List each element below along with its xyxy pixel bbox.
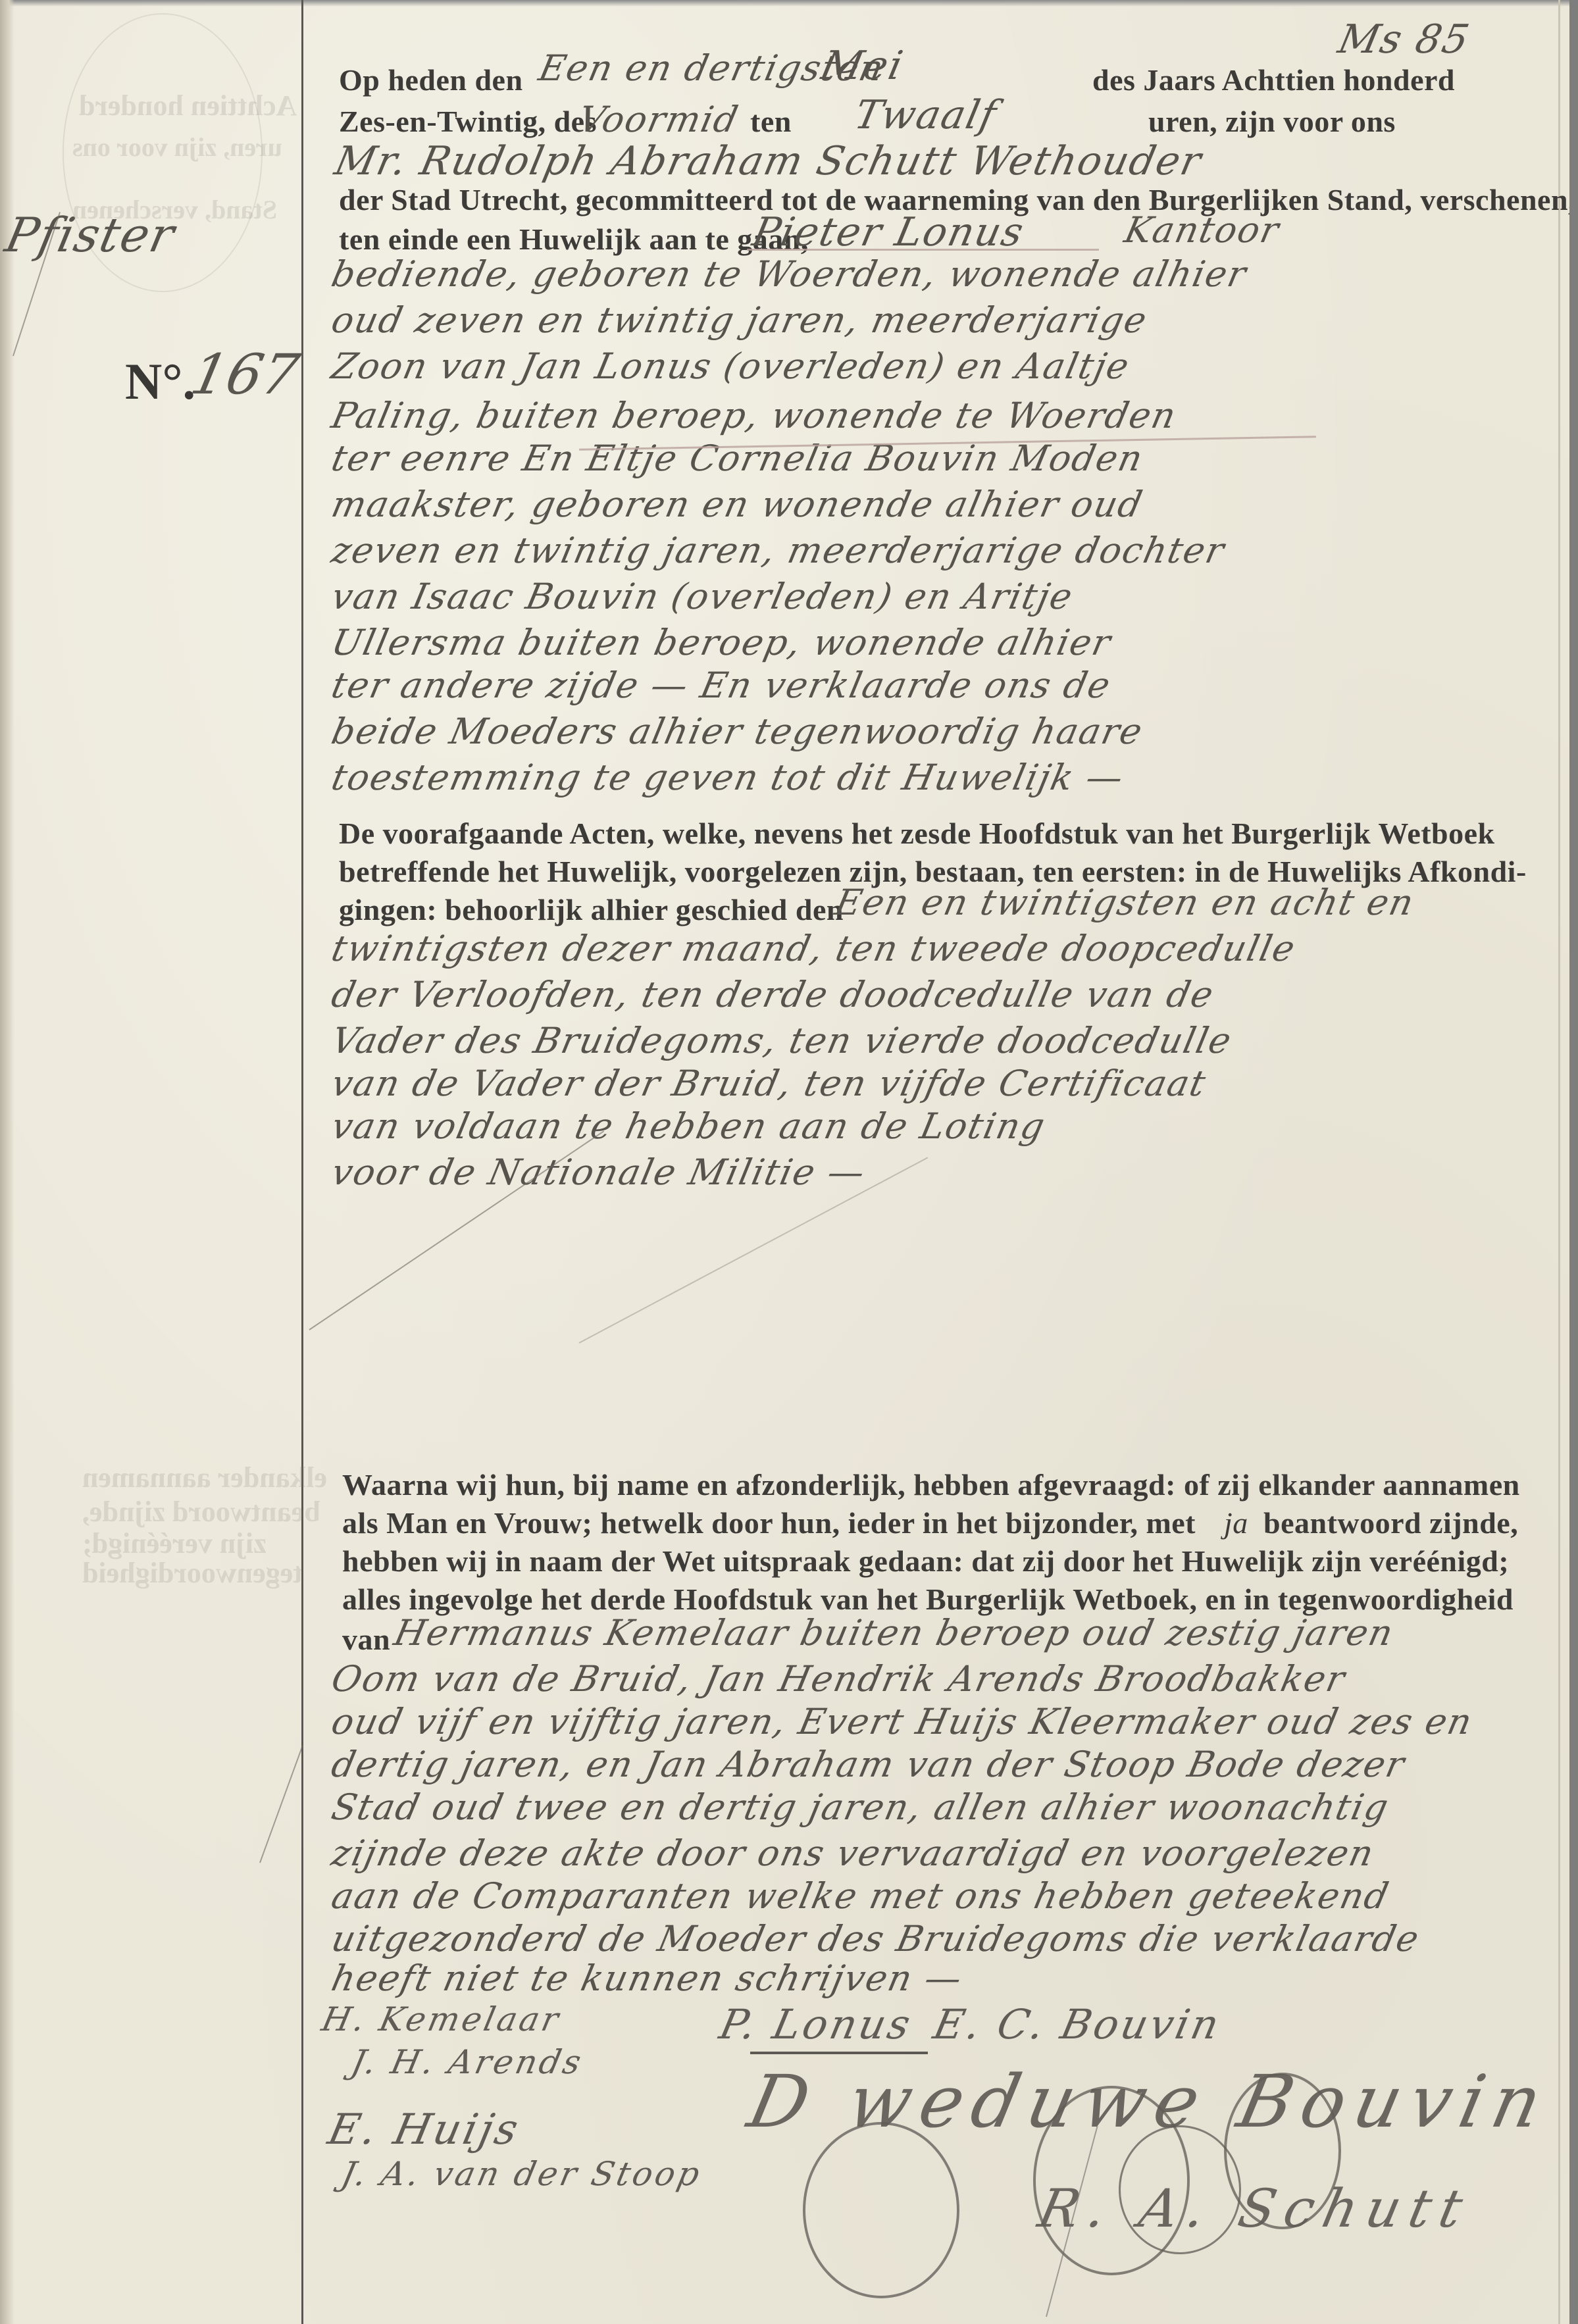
handwritten-line: Ullersma buiten beroep, wonende alhier <box>328 622 1115 663</box>
printed-text: Waarna wij hun, bij name en afzonderlijk… <box>342 1467 1520 1502</box>
page-edge <box>1558 0 1560 2324</box>
bleed-through-text: elkander aannamen <box>82 1461 327 1494</box>
signature-groom: P. Lonus <box>715 2000 917 2048</box>
handwritten-daypart: Voormid <box>574 99 742 140</box>
bleed-through-text: tegenwoordigheid <box>82 1556 303 1590</box>
handwritten-line: oud vijf en vijftig jaren, Evert Huijs K… <box>328 1701 1477 1742</box>
document-page: Achttien honderd uren, zijn voor ons Sta… <box>0 0 1569 2324</box>
handwritten-official: Mr. Rudolph Abraham Schutt Wethouder <box>331 138 1206 184</box>
handwritten-line: toestemming te geven tot dit Huwelijk — <box>328 757 1128 798</box>
groom-name-underline <box>747 249 1099 251</box>
margin-annotation: Pfister <box>1 207 180 263</box>
handwritten-line: Vader des Bruidegoms, ten vierde doodced… <box>328 1020 1236 1061</box>
signature-groom-underline <box>750 2052 928 2054</box>
handwritten-line: ter eenre En Eltje Cornelia Bouvin Moden <box>328 438 1147 479</box>
printed-text: Op heden den <box>339 63 523 97</box>
handwritten-line: voor de Nationale Militie — <box>328 1151 869 1193</box>
printed-text: beantwoord zijnde, <box>1263 1505 1518 1540</box>
scan-top-shadow <box>0 0 1569 7</box>
printed-text: ten <box>750 104 792 139</box>
handwritten-line: ter andere zijde — En verklaarde ons de <box>328 665 1115 706</box>
margin-stroke <box>259 1745 303 1863</box>
handwritten-line: bediende, geboren te Woerden, wonende al… <box>328 253 1250 295</box>
handwritten-line: van voldaan te hebben aan de Loting <box>328 1105 1050 1147</box>
record-number-label: N°. <box>125 352 195 411</box>
handwritten-line: twintigsten dezer maand, ten tweede doop… <box>328 928 1300 969</box>
handwritten-line: heeft niet te kunnen schrijven — <box>328 1958 967 1999</box>
printed-text: Zes-en-Twintig, des <box>339 104 597 139</box>
printed-text: van <box>342 1622 390 1657</box>
book-gutter <box>0 0 14 2324</box>
bleed-through-text: beantwoord zijnde, <box>82 1495 320 1528</box>
printed-text: hebben wij in naam der Wet uitspraak ged… <box>342 1544 1509 1579</box>
signature-bride: E. C. Bouvin <box>929 2000 1225 2048</box>
handwritten-text: Kantoor <box>1121 209 1283 251</box>
handwritten-line: Oom van de Bruid, Jan Hendrik Arends Bro… <box>328 1658 1350 1700</box>
handwritten-line: maakster, geboren en wonende alhier oud <box>328 484 1147 525</box>
handwritten-line: dertig jaren, en Jan Abraham van der Sto… <box>328 1744 1409 1785</box>
signature-flourish <box>803 2122 959 2298</box>
handwritten-line: oud zeven en twintig jaren, meerderjarig… <box>328 299 1151 341</box>
handwritten-line: zijnde deze akte door ons vervaardigd en… <box>328 1832 1378 1874</box>
handwritten-line: beide Moeders alhier tegenwoordig haare <box>328 711 1147 752</box>
handwritten-line: uitgezonderd de Moeder des Bruidegoms di… <box>328 1918 1423 1959</box>
handwritten-hour: Twaalf <box>851 92 1002 138</box>
signature-flourish <box>1119 2125 1241 2254</box>
bleed-through-text: Achttien honderd <box>79 89 297 122</box>
handwritten-line: Hermanus Kemelaar buiten beroep oud zest… <box>390 1612 1398 1654</box>
handwritten-line: zeven en twintig jaren, meerderjarige do… <box>328 530 1229 571</box>
handwritten-line: der Verloofden, ten derde doodcedulle va… <box>328 974 1218 1015</box>
printed-text: uren, zijn voor ons <box>1148 104 1396 139</box>
signature-witness-1: H. Kemelaar <box>318 2000 565 2038</box>
signature-witness-4: J. A. van der Stoop <box>338 2155 705 2193</box>
signature-witness-2: J. H. Arends <box>348 2043 587 2081</box>
printed-text: als Man en Vrouw; hetwelk door hun, iede… <box>342 1505 1196 1540</box>
printed-text: des Jaars Achttien honderd <box>1092 63 1455 97</box>
record-number-value: 167 <box>186 342 305 407</box>
printed-italic-ja: ja <box>1224 1505 1248 1540</box>
handwritten-line: Zoon van Jan Lonus (overleden) en Aaltje <box>328 345 1134 387</box>
printed-text: De voorafgaande Acten, welke, nevens het… <box>339 816 1495 851</box>
handwritten-line: Stad oud twee en dertig jaren, allen alh… <box>328 1786 1393 1828</box>
printed-text: ten einde een Huwelijk aan te gaan, <box>339 222 809 257</box>
bleed-through-text: zijn veréénigd; <box>82 1527 267 1560</box>
signature-witness-3: E. Huijs <box>324 2106 524 2154</box>
handwritten-line: van de Vader der Bruid, ten vijfde Certi… <box>328 1063 1210 1104</box>
handwritten-line: van Isaac Bouvin (overleden) en Aritje <box>328 576 1077 617</box>
handwritten-dates: Een en twintigsten en acht en <box>831 882 1418 923</box>
handwritten-line: aan de Comparanten welke met ons hebben … <box>328 1875 1393 1917</box>
bleed-through-text: uren, zijn voor ons <box>72 132 282 163</box>
signature-flourish <box>1224 2073 1341 2229</box>
handwritten-month: Mei <box>818 43 908 89</box>
folio-mark: Ms 85 <box>1335 16 1475 63</box>
handwritten-line: Paling, buiten beroep, wonende te Woerde… <box>328 395 1181 436</box>
printed-text: gingen: behoorlijk alhier geschied den <box>339 892 844 927</box>
